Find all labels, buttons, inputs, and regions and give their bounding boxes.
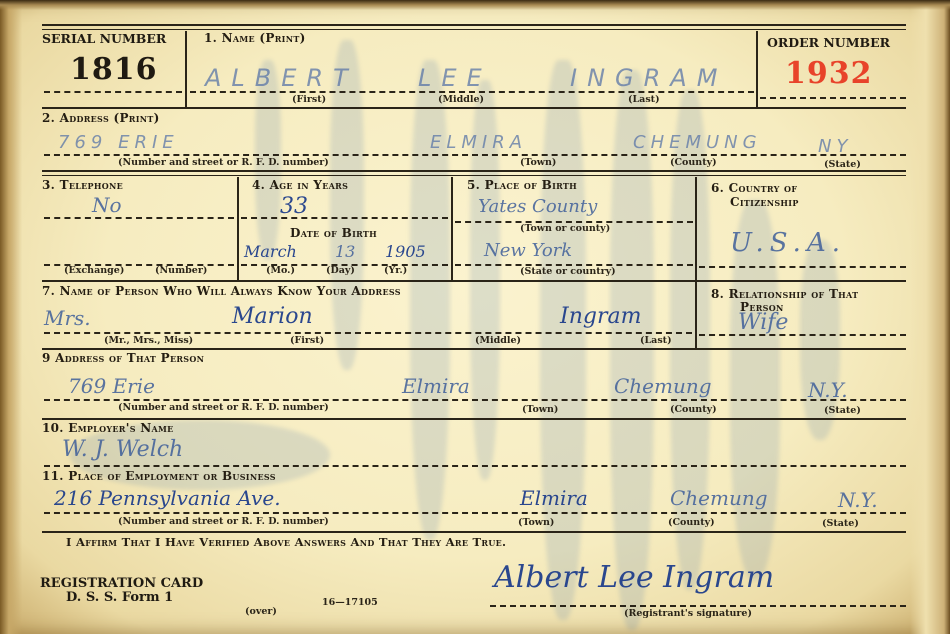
serial-number-label: SERIAL NUMBER [42, 31, 166, 46]
place-of-birth-label: 5. Place of Birth [467, 178, 577, 192]
dash-line [699, 334, 906, 336]
address-state-value: NY [818, 136, 852, 157]
name-label: 1. Name (Print) [204, 31, 306, 45]
contact-address-state-value: N.Y. [808, 378, 848, 402]
contact-first-caption: (First) [290, 335, 324, 346]
citizenship-label-line2: Citizenship [730, 195, 799, 209]
employer-label: 10. Employer's Name [42, 421, 174, 435]
employer-value: W. J. Welch [62, 437, 183, 462]
contact-address-state-caption: (State) [824, 405, 861, 416]
telephone-label: 3. Telephone [42, 178, 123, 192]
contact-address-label: 9 Address of That Person [42, 351, 204, 365]
dash-line [44, 217, 234, 219]
contact-title-caption: (Mr., Mrs., Miss) [104, 335, 193, 346]
divider [695, 177, 697, 348]
signature-caption: (Registrant's signature) [624, 608, 752, 619]
contact-address-county-caption: (County) [670, 404, 717, 415]
dash-line [490, 605, 906, 607]
divider [185, 31, 187, 107]
dash-line [44, 399, 906, 401]
age-label: 4. Age in Years [252, 178, 348, 192]
dob-month-caption: (Mo.) [266, 265, 295, 276]
divider [237, 177, 239, 280]
rule [42, 107, 906, 109]
dash-line [44, 332, 692, 334]
address-county-caption: (County) [670, 157, 717, 168]
citizenship-label-line1: 6. Country of [711, 181, 797, 195]
ink-stain [540, 60, 586, 620]
employment-place-label: 11. Place of Employment or Business [42, 469, 276, 483]
registration-card: SERIAL NUMBER 1816 1. Name (Print) ALBER… [0, 0, 950, 634]
dash-line [44, 91, 182, 93]
place-of-birth-town-caption: (Town or county) [520, 223, 610, 234]
citizenship-value: U.S.A. [730, 228, 846, 258]
dob-label: Date of Birth [290, 226, 377, 240]
rule [42, 348, 906, 350]
contact-address-street-value: 769 Erie [68, 374, 155, 398]
name-first-caption: (First) [292, 94, 326, 105]
card-edge-top [0, 0, 950, 10]
dob-day-value: 13 [335, 242, 355, 261]
order-number-label: ORDER NUMBER [767, 35, 890, 50]
dash-line [44, 154, 906, 156]
address-street-value: 769 ERIE [58, 132, 179, 153]
name-first-value: ALBERT [205, 64, 358, 92]
contact-last-value: Ingram [560, 304, 641, 329]
rule-top [42, 24, 906, 26]
employment-town-caption: (Town) [518, 517, 554, 528]
relationship-label-line1: 8. Relationship of That [711, 287, 858, 301]
place-of-birth-state-caption: (State or country) [520, 266, 616, 277]
employment-county-caption: (County) [668, 517, 715, 528]
dash-line [241, 217, 448, 219]
form-title: REGISTRATION CARD [40, 576, 203, 591]
employment-state-caption: (State) [822, 518, 859, 529]
name-middle-caption: (Middle) [438, 94, 484, 105]
divider [756, 31, 758, 107]
contact-middle-caption: (Middle) [475, 335, 521, 346]
address-town-value: ELMIRA [430, 132, 527, 153]
rule [42, 418, 906, 420]
contact-address-street-caption: (Number and street or R. F. D. number) [118, 402, 329, 413]
dob-year-value: 1905 [385, 242, 426, 261]
relationship-value: Wife [738, 310, 788, 335]
address-state-caption: (State) [824, 159, 861, 170]
dash-line [699, 266, 906, 268]
place-of-birth-town-value: Yates County [478, 196, 597, 217]
dob-year-caption: (Yr.) [384, 265, 407, 276]
over-note: (over) [245, 606, 277, 617]
name-last-caption: (Last) [628, 94, 660, 105]
order-number: 1932 [785, 56, 873, 91]
telephone-value: No [92, 193, 122, 217]
employment-street-value: 216 Pennsylvania Ave. [54, 486, 281, 510]
affirmation-text: I Affirm That I Have Verified Above Answ… [66, 535, 506, 549]
name-middle-value: LEE [418, 64, 492, 92]
serial-number: 1816 [70, 52, 158, 87]
telephone-exchange-caption: (Exchange) [64, 265, 124, 276]
contact-address-town-caption: (Town) [522, 404, 558, 415]
place-of-birth-state-value: New York [484, 240, 572, 261]
dash-line [44, 465, 906, 467]
rule [42, 175, 906, 176]
rule [42, 531, 906, 533]
contact-person-label: 7. Name of Person Who Will Always Know Y… [42, 284, 401, 298]
address-street-caption: (Number and street or R. F. D. number) [118, 157, 329, 168]
contact-address-town-value: Elmira [402, 374, 470, 398]
name-last-value: INGRAM [570, 64, 727, 92]
employment-state-value: N.Y. [838, 488, 878, 512]
rule [42, 170, 906, 172]
dob-month-value: March [244, 242, 297, 261]
contact-title-value: Mrs. [44, 306, 91, 330]
employment-town-value: Elmira [520, 486, 588, 510]
dob-day-caption: (Day) [326, 265, 355, 276]
telephone-number-caption: (Number) [155, 265, 207, 276]
age-value: 33 [280, 194, 308, 219]
contact-address-county-value: Chemung [614, 374, 712, 398]
form-number: D. S. S. Form 1 [66, 590, 173, 605]
employment-street-caption: (Number and street or R. F. D. number) [118, 516, 329, 527]
employment-county-value: Chemung [670, 486, 768, 510]
print-code: 16—17105 [322, 597, 378, 608]
card-edge-right [910, 0, 950, 634]
rule [42, 280, 906, 282]
contact-first-value: Marion [232, 304, 313, 329]
address-county-value: CHEMUNG [633, 132, 762, 153]
address-town-caption: (Town) [520, 157, 556, 168]
rule-top-2 [42, 29, 906, 30]
divider [451, 177, 453, 280]
dash-line [760, 97, 906, 99]
card-edge-left [0, 0, 22, 634]
contact-last-caption: (Last) [640, 335, 672, 346]
address-label: 2. Address (Print) [42, 111, 160, 125]
registrant-signature: Albert Lee Ingram [494, 560, 774, 595]
dash-line [44, 512, 906, 514]
